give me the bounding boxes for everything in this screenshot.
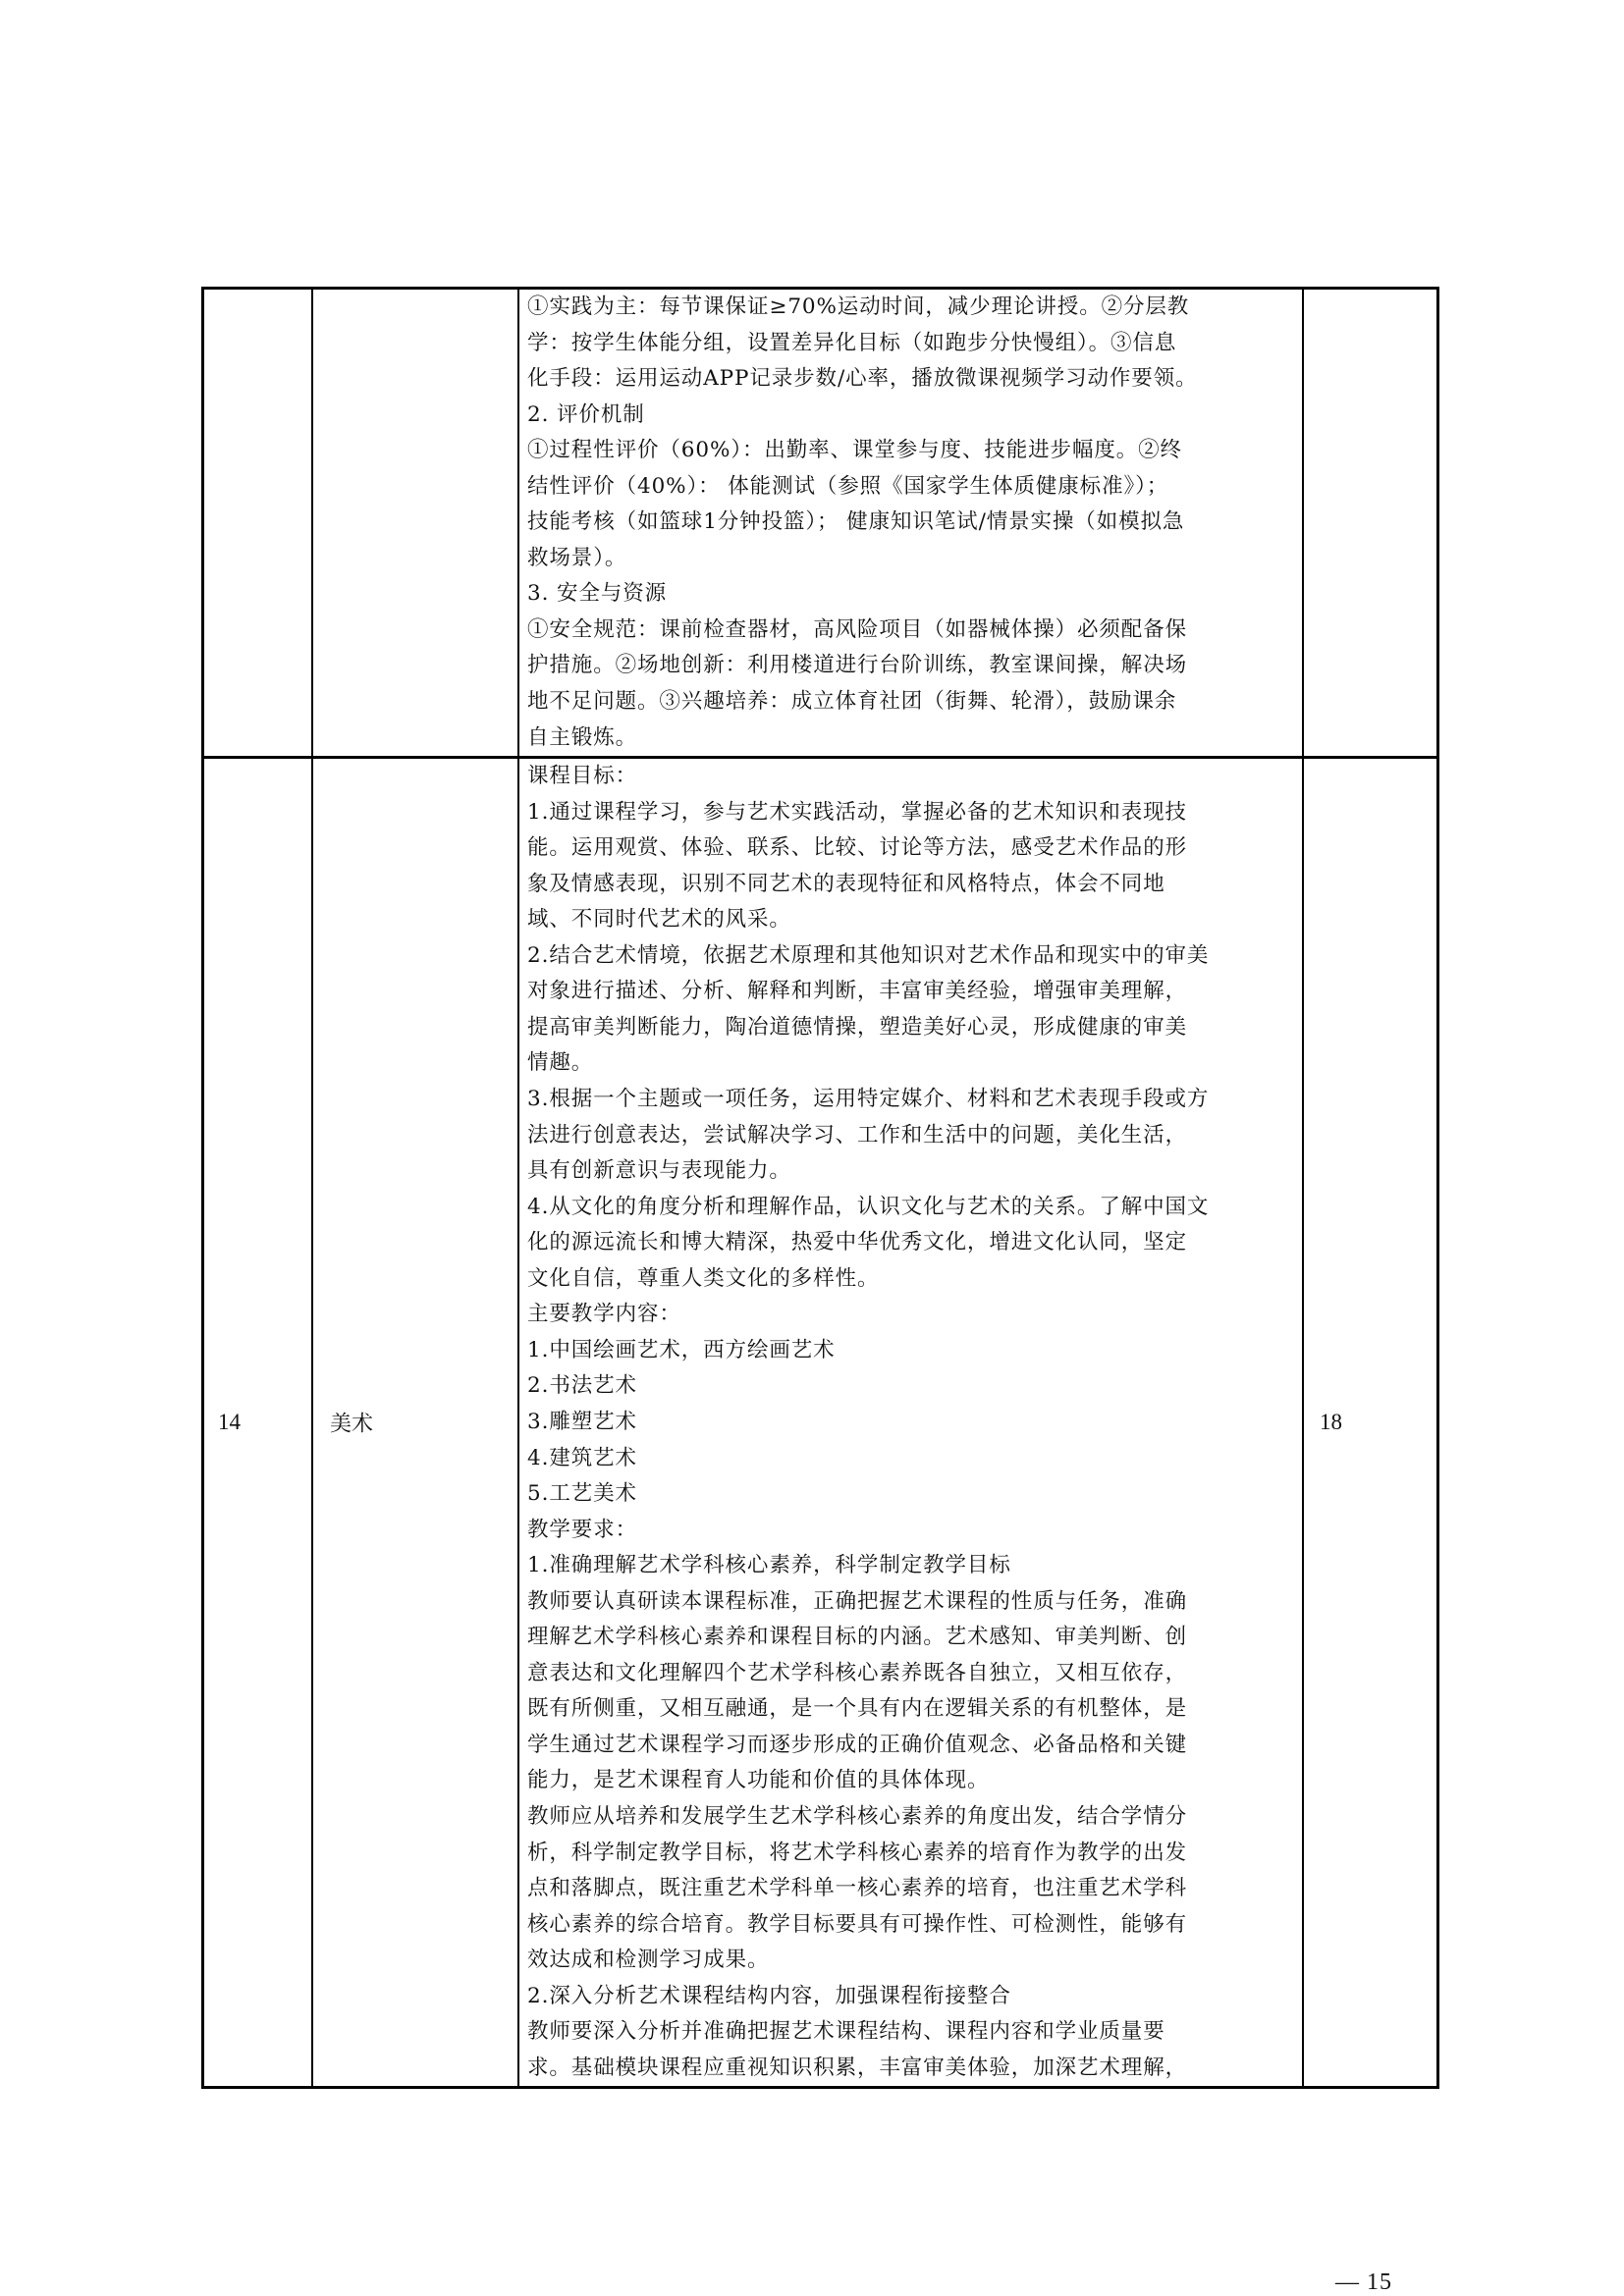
content-line: 护措施。②场地创新：利用楼道进行台阶训练，教室课间操，解决场 [527,648,1294,684]
content-line: 技能考核（如篮球1分钟投篮）； 健康知识笔试/情景实操（如模拟急 [527,505,1294,541]
content-line: 析，科学制定教学目标，将艺术学科核心素养的培育作为教学的出发 [527,1836,1294,1872]
content-line: 能力，是艺术课程育人功能和价值的具体体现。 [527,1763,1294,1799]
content-line: 化手段：运用运动APP记录步数/心率，播放微课视频学习动作要领。 [527,361,1294,398]
course-content-cell: ①实践为主：每节课保证≥70%运动时间，减少理论讲授。②分层教学：按学生体能分组… [519,290,1304,756]
content-line: 理解艺术学科核心素养和课程目标的内涵。艺术感知、审美判断、创 [527,1620,1294,1656]
content-line: 4.建筑艺术 [527,1441,1294,1477]
content-line: 3. 安全与资源 [527,576,1294,613]
content-line: 意表达和文化理解四个艺术学科核心素养既各自独立，又相互依存， [527,1656,1294,1692]
content-line: 3.根据一个主题或一项任务，运用特定媒介、材料和艺术表现手段或方 [527,1082,1294,1118]
content-line: ①安全规范：课前检查器材，高风险项目（如器械体操）必须配备保 [527,613,1294,649]
course-content-cell: 课程目标：1.通过课程学习，参与艺术实践活动，掌握必备的艺术知识和表现技能。运用… [519,759,1304,2086]
content-line: 1.通过课程学习，参与艺术实践活动，掌握必备的艺术知识和表现技 [527,795,1294,831]
content-line: 自主锻炼。 [527,721,1294,757]
content-line: 主要教学内容： [527,1297,1294,1333]
course-name-cell: 美术 [313,759,519,2086]
content-line: 救场景）。 [527,541,1294,577]
content-line: 文化自信，尊重人类文化的多样性。 [527,1261,1294,1298]
content-line: 能。运用观赏、体验、联系、比较、讨论等方法，感受艺术作品的形 [527,830,1294,867]
content-line: 核心素养的综合培育。教学目标要具有可操作性、可检测性，能够有 [527,1907,1294,1944]
content-line: 4.从文化的角度分析和理解作品，认识文化与艺术的关系。了解中国文 [527,1190,1294,1226]
content-line: 具有创新意识与表现能力。 [527,1153,1294,1190]
content-line: 教师要认真研读本课程标准，正确把握艺术课程的性质与任务，准确 [527,1584,1294,1621]
course-hours-cell [1304,290,1436,756]
course-hours-cell: 18 [1304,759,1436,2086]
content-line: 结性评价（40%）： 体能测试（参照《国家学生体质健康标准》）； [527,469,1294,506]
content-line: 2.深入分析艺术课程结构内容，加强课程衔接整合 [527,1979,1294,2015]
content-line: 学：按学生体能分组，设置差异化目标（如跑步分快慢组）。③信息 [527,326,1294,362]
content-line: 教学要求： [527,1513,1294,1549]
content-line: 2. 评价机制 [527,398,1294,434]
content-line: 2.书法艺术 [527,1368,1294,1405]
content-line: 象及情感表现，识别不同艺术的表现特征和风格特点，体会不同地 [527,867,1294,903]
content-line: 情趣。 [527,1045,1294,1082]
content-line: 对象进行描述、分析、解释和判断，丰富审美经验，增强审美理解， [527,974,1294,1010]
course-number-cell: 14 [204,759,313,2086]
table-row: ①实践为主：每节课保证≥70%运动时间，减少理论讲授。②分层教学：按学生体能分组… [204,290,1436,756]
table-row: 14 美术 课程目标：1.通过课程学习，参与艺术实践活动，掌握必备的艺术知识和表… [204,756,1436,2086]
content-line: 3.雕塑艺术 [527,1405,1294,1441]
content-line: 5.工艺美术 [527,1476,1294,1513]
content-line: 化的源远流长和博大精深，热爱中华优秀文化，增进文化认同，坚定 [527,1225,1294,1261]
content-line: 1.中国绘画艺术，西方绘画艺术 [527,1333,1294,1369]
curriculum-table: ①实践为主：每节课保证≥70%运动时间，减少理论讲授。②分层教学：按学生体能分组… [201,287,1439,2089]
content-line: 法进行创意表达，尝试解决学习、工作和生活中的问题，美化生活， [527,1118,1294,1154]
content-line: 提高审美判断能力，陶冶道德情操，塑造美好心灵，形成健康的审美 [527,1010,1294,1046]
content-line: 学生通过艺术课程学习而逐步形成的正确价值观念、必备品格和关键 [527,1728,1294,1764]
content-line: 地不足问题。③兴趣培养：成立体育社团（街舞、轮滑），鼓励课余 [527,684,1294,721]
content-line: 1.准确理解艺术学科核心素养，科学制定教学目标 [527,1548,1294,1584]
content-line: 既有所侧重，又相互融通，是一个具有内在逻辑关系的有机整体，是 [527,1691,1294,1728]
content-line: 效达成和检测学习成果。 [527,1943,1294,1979]
page-number: — 15 [1335,2269,1392,2296]
course-number-cell [204,290,313,756]
content-line: ①实践为主：每节课保证≥70%运动时间，减少理论讲授。②分层教 [527,290,1294,326]
content-line: ①过程性评价（60%）：出勤率、课堂参与度、技能进步幅度。②终 [527,433,1294,469]
course-name-cell [313,290,519,756]
content-line: 域、不同时代艺术的风采。 [527,902,1294,938]
course-name: 美术 [330,1408,373,1438]
content-line: 教师要深入分析并准确把握艺术课程结构、课程内容和学业质量要 [527,2014,1294,2051]
course-number: 14 [218,1410,241,1435]
content-line: 点和落脚点，既注重艺术学科单一核心素养的培育，也注重艺术学科 [527,1871,1294,1907]
course-hours: 18 [1320,1410,1342,1435]
content-line: 求。基础模块课程应重视知识积累，丰富审美体验，加深艺术理解， [527,2051,1294,2087]
content-line: 教师应从培养和发展学生艺术学科核心素养的角度出发，结合学情分 [527,1799,1294,1836]
content-line: 2.结合艺术情境，依据艺术原理和其他知识对艺术作品和现实中的审美 [527,938,1294,975]
content-line: 课程目标： [527,759,1294,795]
